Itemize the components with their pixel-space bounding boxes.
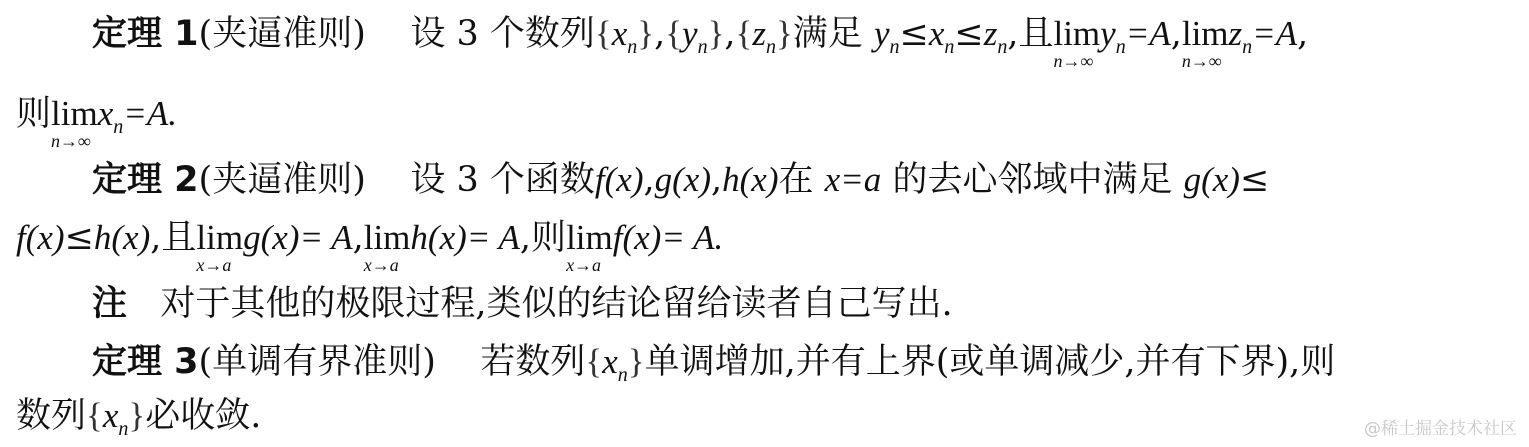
sub-n: n <box>118 418 128 440</box>
theorem-1-label: 定理 1 <box>92 14 199 54</box>
theorem-1-name: (夹逼准则) <box>199 14 366 54</box>
note: 注 对于其他的极限过程,类似的结论留给读者自己写出. <box>92 284 953 324</box>
seq-x: x <box>602 342 618 381</box>
seq-y: y <box>682 14 698 53</box>
theorem-3-name: (单调有界准则) <box>199 342 436 382</box>
text-converges: 必收敛. <box>145 396 261 436</box>
text-satisfy: 满足 <box>793 14 863 54</box>
limit-operator: limn→∞ <box>51 94 98 134</box>
theorem-3-text: 若数列 <box>480 342 585 382</box>
func-f: f(x) <box>595 160 644 199</box>
seq-z: z <box>984 14 998 53</box>
seq-x: x <box>929 14 945 53</box>
func-f: f(x) <box>613 218 662 257</box>
seq-x: x <box>98 94 114 133</box>
seq-z: z <box>1229 14 1243 53</box>
note-text: 对于其他的极限过程,类似的结论留给读者自己写出. <box>160 284 952 324</box>
le-sign: ≤ <box>1240 160 1269 200</box>
theorem-3-statement: 定理 3(单调有界准则) 若数列{xn}单调增加,并有上界(或单调减少,并有下界… <box>92 342 1335 382</box>
equals-a: =A <box>1126 14 1171 53</box>
seq-z: z <box>752 14 766 53</box>
sub-n: n <box>1116 36 1126 58</box>
equals-a-end: =A. <box>123 94 177 133</box>
sub-n: n <box>1242 36 1252 58</box>
theorem-2-statement: 定理 2(夹逼准则) 设 3 个函数f(x),g(x),h(x)在 x=a 的去… <box>92 160 1269 200</box>
text-then: 则 <box>16 94 51 134</box>
sub-n: n <box>113 116 123 138</box>
equals-a: =A <box>1252 14 1297 53</box>
theorem-1-text: 设 3 个数列 <box>410 14 595 54</box>
func-h: h(x) <box>722 160 778 199</box>
sub-n: n <box>889 36 899 58</box>
text-and: 且 <box>161 218 196 258</box>
limit-operator: limx→a <box>566 218 613 258</box>
note-label: 注 <box>92 284 127 324</box>
sub-n: n <box>627 36 637 58</box>
le-sign: ≤ <box>65 218 94 258</box>
seq-x: x <box>103 396 119 435</box>
sub-n: n <box>618 364 628 386</box>
func-g: g(x) <box>1184 160 1240 199</box>
sub-n: n <box>944 36 954 58</box>
watermark: @稀土掘金技术社区 <box>1364 414 1517 439</box>
text-neighborhood: 的去心邻域中满足 <box>892 160 1172 200</box>
sub-n: n <box>698 36 708 58</box>
limit-operator: limx→a <box>196 218 243 258</box>
func-f: f(x) <box>16 218 65 257</box>
theorem-2-label: 定理 2 <box>92 160 199 200</box>
func-g: g(x) <box>655 160 711 199</box>
limit-operator: limn→∞ <box>1182 14 1229 54</box>
theorem-2-name: (夹逼准则) <box>199 160 366 200</box>
seq-y: y <box>1100 14 1116 53</box>
theorem-2-conclusion: f(x)≤h(x),且limx→ag(x)= A,limx→ah(x)= A,则… <box>16 218 723 258</box>
condition: x=a <box>825 160 882 199</box>
sub-n: n <box>766 36 776 58</box>
text-sequence: 数列 <box>16 396 86 436</box>
equals-a: = A <box>467 218 520 257</box>
limit-operator: limx→a <box>364 218 411 258</box>
equals-a-end: = A. <box>661 218 723 257</box>
equals-a: = A <box>299 218 352 257</box>
limit-operator: limn→∞ <box>1053 14 1100 54</box>
theorem-3-label: 定理 3 <box>92 342 199 382</box>
func-g: g(x) <box>243 218 299 257</box>
seq-x: x <box>612 14 628 53</box>
theorem-1-statement: 定理 1(夹逼准则) 设 3 个数列{xn},{yn},{zn}满足 yn≤xn… <box>92 14 1308 54</box>
theorem-3-condition: 单调增加,并有上界(或单调减少,并有下界),则 <box>645 342 1336 382</box>
func-h: h(x) <box>410 218 466 257</box>
text-and: 且 <box>1018 14 1053 54</box>
text-then: 则 <box>531 218 566 258</box>
sub-n: n <box>997 36 1007 58</box>
theorem-3-conclusion: 数列{xn}必收敛. <box>16 396 261 436</box>
seq-y: y <box>874 14 890 53</box>
theorem-2-text: 设 3 个函数 <box>410 160 595 200</box>
theorem-1-conclusion: 则limn→∞xn=A. <box>16 94 177 134</box>
func-h: h(x) <box>94 218 150 257</box>
text-at: 在 <box>778 160 813 200</box>
